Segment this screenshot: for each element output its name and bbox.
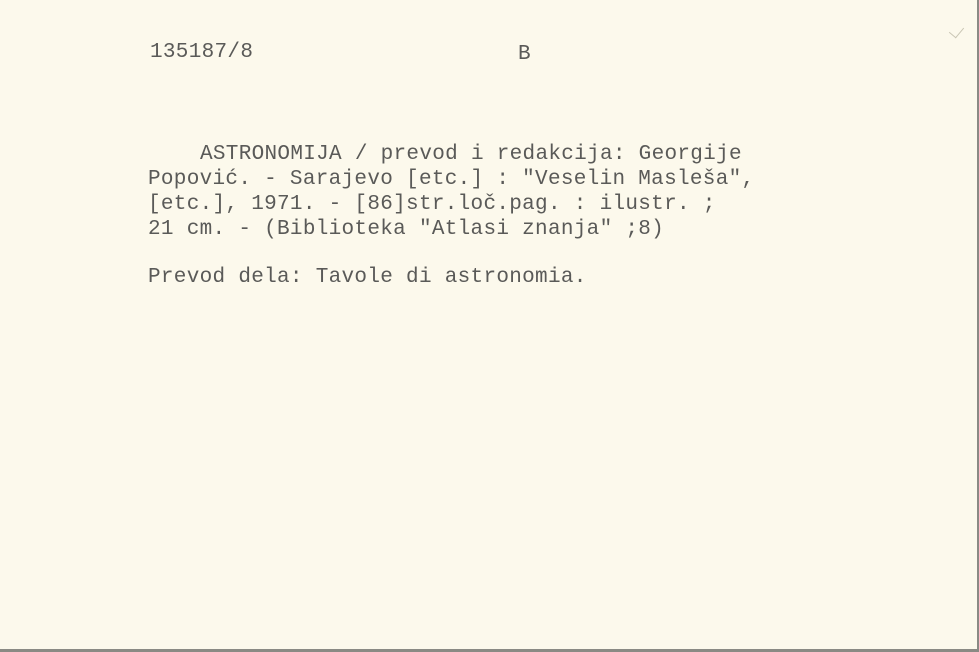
physical-description-line: [etc.], 1971. - [86]str.loč.pag. : ilust…: [148, 194, 716, 215]
catalog-card: 135187/8 B ASTRONOMIJA / prevod i redakc…: [0, 0, 979, 652]
series-line: 21 cm. - (Biblioteka "Atlasi znanja" ;8): [148, 219, 664, 240]
location-code: B: [518, 44, 531, 65]
call-number: 135187/8: [150, 42, 253, 63]
translation-note: Prevod dela: Tavole di astronomia.: [148, 267, 587, 288]
checkmark-icon: [949, 23, 964, 39]
title-statement: ASTRONOMIJA / prevod i redakcija: Georgi…: [200, 144, 742, 165]
publication-line: Popović. - Sarajevo [etc.] : "Veselin Ma…: [148, 169, 754, 190]
